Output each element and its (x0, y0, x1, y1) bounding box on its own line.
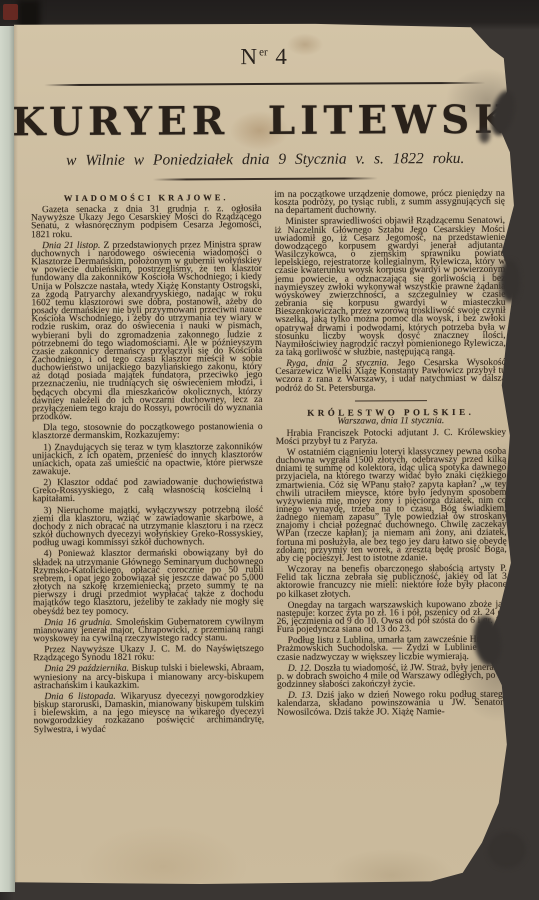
page-content: Ner 4 KURYER LITEWSKI w Wilnie w Poniedz… (11, 22, 522, 737)
paragraph: Wczoray na benefis obarczonego słabością… (276, 565, 507, 599)
paragraph: W ostatniém ciągnieniu loteryi klassyczn… (276, 448, 507, 563)
masthead-dateline: w Wilnie w Poniedziałek dnia 9 Stycznia … (12, 150, 519, 171)
ink-stain (479, 128, 490, 143)
scan-backdrop: Ner 4 KURYER LITEWSKI w Wilnie w Poniedz… (0, 0, 539, 900)
paragraph: Ryga, dnia 2 stycznia. Jego Cesarska Wys… (275, 359, 506, 393)
right-column-body-top: im na początkowe urządzenie domowe, próc… (274, 190, 506, 393)
paragraph-lead: Ryga, dnia 2 stycznia. (286, 358, 397, 369)
left-column: WIADOMOŚCI KRAJOWE. Gazeta senacka z dni… (31, 191, 264, 737)
paragraph: Onegday na targach warszawskich kupowano… (277, 600, 508, 634)
paragraph: 2) Klasztor oddać pod zawiadowanie ducho… (32, 478, 263, 504)
torn-edge-blotch (488, 832, 526, 868)
paragraph: Podług listu z Lublina, umarła tam zawcz… (277, 636, 508, 662)
backing-sheet-edge (0, 26, 15, 892)
newspaper-title: KURYER LITEWSKI (11, 97, 518, 146)
paragraph-lead: D. 12. (288, 664, 314, 674)
right-column: im na początkowe urządzenie domowe, próc… (274, 190, 507, 736)
issue-superscript: er (259, 46, 268, 58)
paragraph-lead: Dnia 16 grudnia. (44, 617, 116, 627)
issue-prefix: N (240, 44, 259, 69)
paragraph: im na początkowe urządzenie domowe, próc… (274, 190, 505, 216)
masthead: Ner 4 KURYER LITEWSKI w Wilnie w Poniedz… (11, 22, 519, 182)
paragraph-lead: Dnia 29 października. (44, 664, 131, 674)
article-columns: WIADOMOŚCI KRAJOWE. Gazeta senacka z dni… (12, 179, 522, 737)
section-divider-rule (355, 400, 427, 402)
newspaper-page: Ner 4 KURYER LITEWSKI w Wilnie w Poniedz… (11, 23, 518, 884)
paragraph: D. 12. Doszła tu wiadomość, iż JW. Straż… (277, 664, 508, 690)
masthead-rule (44, 82, 485, 86)
paragraph: Przez Naywyższe Ukazy J. C. M. do Nayświ… (33, 645, 264, 663)
paragraph: Dnia 29 października. Biskup tulski i bi… (33, 664, 264, 690)
paragraph: Dnia 6 listopada. Wikaryusz dyecezyi now… (34, 692, 265, 734)
paragraph-lead: Dnia 6 listopada. (45, 692, 121, 702)
paragraph-lead: Dnia 21 listop. (42, 241, 103, 251)
right-column-body: Hrabia Franciszek Potocki adjutant J. C.… (276, 428, 508, 716)
paragraph: Dla tego, stosownie do początkowego post… (32, 423, 263, 441)
paragraph: Dnia 16 grudnia. Smoleńskim Gubernatorem… (33, 618, 264, 644)
red-mark (3, 4, 18, 20)
paragraph: 4) Ponieważ klasztor dermański obowiązan… (33, 549, 264, 615)
paragraph: Dnia 21 listop. Z przedstawionych przez … (31, 241, 262, 422)
section-heading-wiadomosci-krajowe: WIADOMOŚCI KRAJOWE. (31, 193, 262, 202)
issue-number: Ner 4 (11, 43, 518, 72)
paragraph: D. 13. Dziś jako w dzień Nowego roku pod… (277, 691, 508, 717)
paragraph: 1) Znaydujących się teraz w tym klasztor… (32, 443, 263, 477)
paragraph: Gazeta senacka z dnia 31 grudnia r. z. o… (31, 205, 262, 239)
torn-edge-blotch (500, 260, 520, 302)
left-column-body: Gazeta senacka z dnia 31 grudnia r. z. o… (31, 205, 264, 734)
paragraph: 3) Nieruchome majątki, wyłączywszy potrz… (33, 506, 264, 548)
paragraph: Hrabia Franciszek Potocki adjutant J. C.… (276, 428, 507, 446)
paragraph: Minister sprawiedliwości objawił Rządząc… (275, 217, 506, 357)
paragraph-lead: D. 13. (288, 691, 317, 701)
issue-digit: 4 (275, 44, 289, 69)
warsaw-dateline: Warszawa, dnia 11 stycznia. (276, 417, 507, 426)
